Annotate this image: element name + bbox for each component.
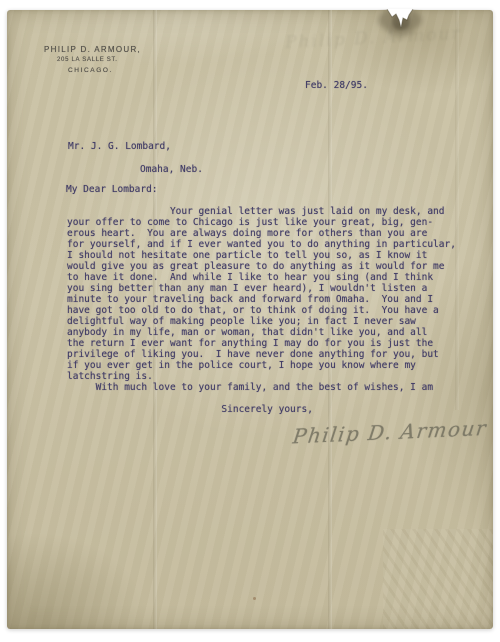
- date-line: Feb. 28/95.: [305, 80, 368, 91]
- letterhead-street: 205 LA SALLE ST.: [57, 57, 118, 63]
- salutation: My Dear Lombard:: [66, 184, 158, 195]
- signature-handwritten: Philip D. Armour: [292, 416, 495, 449]
- recipient-place: Omaha, Neb.: [140, 164, 203, 175]
- recipient-name: Mr. J. G. Lombard,: [68, 141, 171, 152]
- letter-paper: Philip D. Armour PHILIP D. ARMOUR, 205 L…: [7, 10, 493, 629]
- letter-body: Your genial letter was just laid on my d…: [67, 206, 456, 415]
- letterhead-city: CHICAGO.: [68, 67, 113, 74]
- corner-wrinkles: [383, 529, 493, 629]
- paper-speck: [253, 597, 256, 600]
- letterhead-name: PHILIP D. ARMOUR,: [44, 45, 141, 54]
- scan-background: Philip D. Armour PHILIP D. ARMOUR, 205 L…: [0, 0, 500, 642]
